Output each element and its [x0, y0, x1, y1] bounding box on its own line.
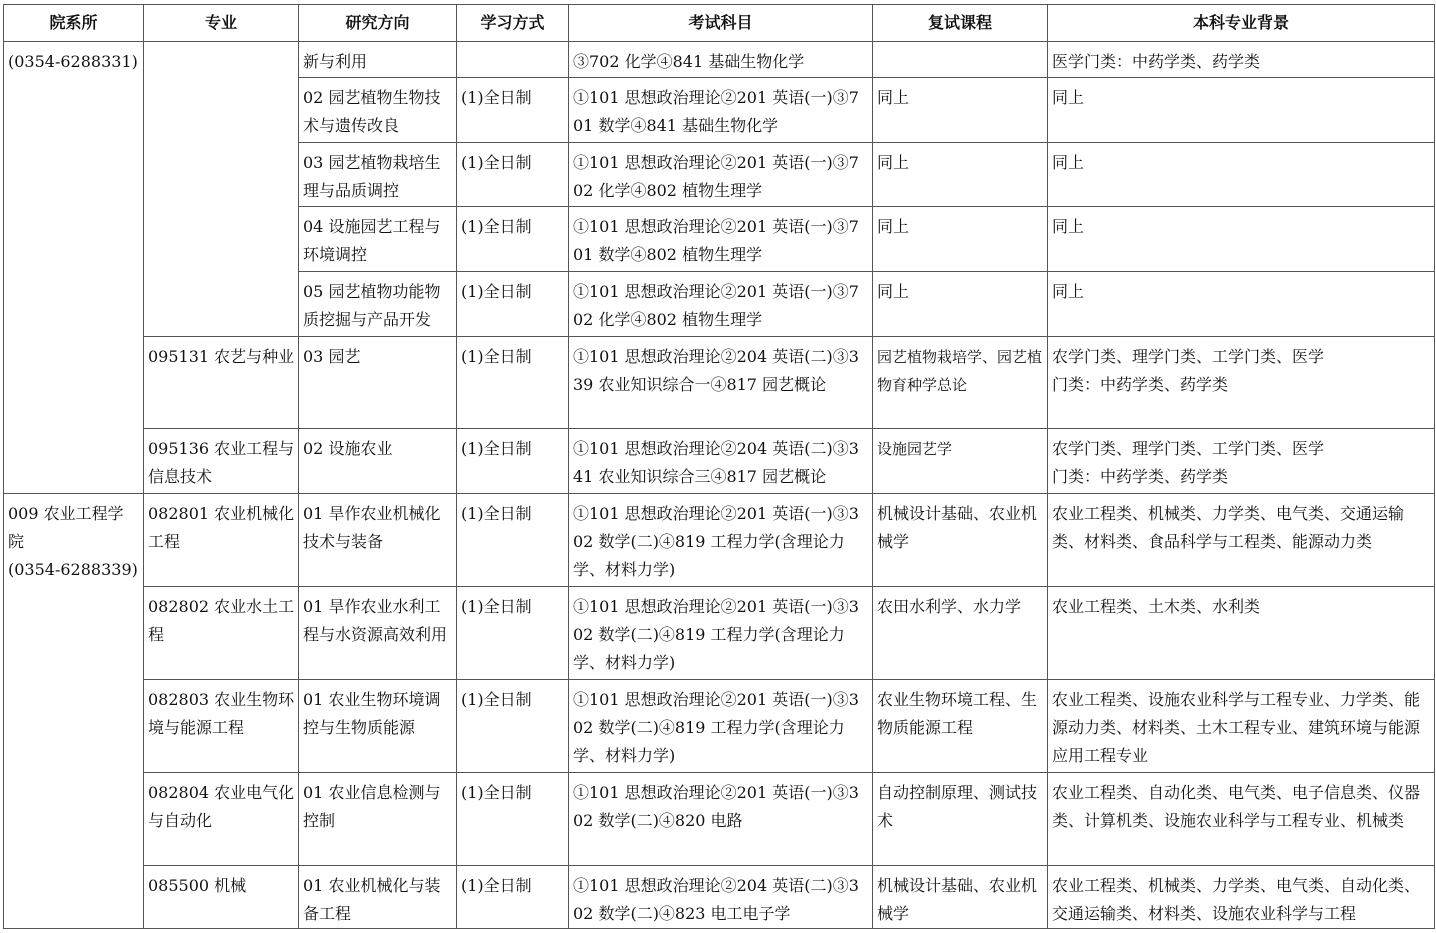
background-cell: 农业工程类、机械类、力学类、电气类、交通运输类、材料类、食品科学与工程类、能源动… — [1048, 494, 1435, 587]
header-undergrad-background: 本科专业背景 — [1048, 5, 1435, 42]
mode-cell: (1)全日制 — [457, 207, 569, 272]
admissions-table: 院系所 专业 研究方向 学习方式 考试科目 复试课程 本科专业背景 (0354-… — [3, 4, 1435, 929]
major-cell: 082802 农业水土工程 — [144, 587, 299, 680]
exam-cell: ①101 思想政治理论②201 英语(一)③701 数学④802 植物生理学 — [569, 207, 873, 272]
department-name-line1: 009 农业工程学 — [8, 500, 140, 528]
header-row: 院系所 专业 研究方向 学习方式 考试科目 复试课程 本科专业背景 — [4, 5, 1435, 42]
retest-cell: 设施园艺学 — [873, 429, 1048, 494]
retest-cell: 同上 — [873, 143, 1048, 207]
mode-cell: (1)全日制 — [457, 680, 569, 773]
direction-cell: 新与利用 — [299, 42, 457, 78]
background-cell: 农业工程类、机械类、力学类、电气类、自动化类、交通运输类、材料类、设施农业科学与… — [1048, 866, 1435, 929]
department-cell: 009 农业工程学 院 (0354-6288339) — [4, 494, 144, 929]
mode-cell: (1)全日制 — [457, 866, 569, 929]
table-row: 095131 农艺与种业 03 园艺 (1)全日制 ①101 思想政治理论②20… — [4, 337, 1435, 429]
direction-cell: 01 农业机械化与装备工程 — [299, 866, 457, 929]
background-cell: 同上 — [1048, 78, 1435, 143]
direction-cell: 05 园艺植物功能物质挖掘与产品开发 — [299, 272, 457, 337]
direction-cell: 03 园艺 — [299, 337, 457, 429]
background-cell: 农学门类、理学门类、工学门类、医学门类：中药学类、药学类 — [1048, 429, 1435, 494]
table-row: 082802 农业水土工程 01 旱作农业水利工程与水资源高效利用 (1)全日制… — [4, 587, 1435, 680]
mode-cell: (1)全日制 — [457, 494, 569, 587]
retest-cell: 机械设计基础、农业机械学 — [873, 494, 1048, 587]
major-cell — [144, 42, 299, 337]
background-cell: 农业工程类、土木类、水利类 — [1048, 587, 1435, 680]
retest-cell: 园艺植物栽培学、园艺植物育种学总论 — [873, 337, 1048, 429]
background-cell: 同上 — [1048, 272, 1435, 337]
table-row: (0354-6288331) 新与利用 ③702 化学④841 基础生物化学 医… — [4, 42, 1435, 78]
mode-cell: (1)全日制 — [457, 272, 569, 337]
mode-cell: (1)全日制 — [457, 429, 569, 494]
background-cell: 医学门类：中药学类、药学类 — [1048, 42, 1435, 78]
major-cell: 082803 农业生物环境与能源工程 — [144, 680, 299, 773]
retest-cell: 自动控制原理、测试技术 — [873, 773, 1048, 866]
background-cell: 同上 — [1048, 143, 1435, 207]
mode-cell: (1)全日制 — [457, 143, 569, 207]
table-row: 082803 农业生物环境与能源工程 01 农业生物环境调控与生物质能源 (1)… — [4, 680, 1435, 773]
mode-cell: (1)全日制 — [457, 78, 569, 143]
header-study-mode: 学习方式 — [457, 5, 569, 42]
major-cell: 085500 机械 — [144, 866, 299, 929]
header-research-direction: 研究方向 — [299, 5, 457, 42]
direction-cell: 01 农业生物环境调控与生物质能源 — [299, 680, 457, 773]
table-row: 009 农业工程学 院 (0354-6288339) 082801 农业机械化工… — [4, 494, 1435, 587]
retest-cell: 农田水利学、水力学 — [873, 587, 1048, 680]
exam-cell: ①101 思想政治理论②204 英语(二)③302 数学(二)④823 电工电子… — [569, 866, 873, 929]
mode-cell: (1)全日制 — [457, 773, 569, 866]
major-cell: 082804 农业电气化与自动化 — [144, 773, 299, 866]
mode-cell: (1)全日制 — [457, 587, 569, 680]
header-department: 院系所 — [4, 5, 144, 42]
background-cell: 同上 — [1048, 207, 1435, 272]
direction-cell: 01 旱作农业水利工程与水资源高效利用 — [299, 587, 457, 680]
exam-cell: ①101 思想政治理论②201 英语(一)③702 化学④802 植物生理学 — [569, 143, 873, 207]
exam-cell: ①101 思想政治理论②201 英语(一)③302 数学(二)④819 工程力学… — [569, 587, 873, 680]
exam-cell: ①101 思想政治理论②204 英语(二)③341 农业知识综合三④817 园艺… — [569, 429, 873, 494]
direction-cell: 01 旱作农业机械化技术与装备 — [299, 494, 457, 587]
table-row: 095136 农业工程与信息技术 02 设施农业 (1)全日制 ①101 思想政… — [4, 429, 1435, 494]
header-retest-courses: 复试课程 — [873, 5, 1048, 42]
major-cell: 095136 农业工程与信息技术 — [144, 429, 299, 494]
retest-cell: 同上 — [873, 272, 1048, 337]
department-cell: (0354-6288331) — [4, 42, 144, 494]
direction-cell: 03 园艺植物栽培生理与品质调控 — [299, 143, 457, 207]
exam-cell: ③702 化学④841 基础生物化学 — [569, 42, 873, 78]
retest-cell: 同上 — [873, 78, 1048, 143]
background-cell: 农学门类、理学门类、工学门类、医学门类：中药学类、药学类 — [1048, 337, 1435, 429]
header-major: 专业 — [144, 5, 299, 42]
exam-cell: ①101 思想政治理论②201 英语(一)③702 化学④802 植物生理学 — [569, 272, 873, 337]
mode-cell — [457, 42, 569, 78]
department-name-line2: 院 — [8, 528, 140, 556]
department-phone: (0354-6288339) — [8, 556, 140, 584]
exam-cell: ①101 思想政治理论②201 英语(一)③302 数学(二)④819 工程力学… — [569, 680, 873, 773]
table-row: 085500 机械 01 农业机械化与装备工程 (1)全日制 ①101 思想政治… — [4, 866, 1435, 929]
retest-cell: 农业生物环境工程、生物质能源工程 — [873, 680, 1048, 773]
exam-cell: ①101 思想政治理论②201 英语(一)③701 数学④841 基础生物化学 — [569, 78, 873, 143]
background-cell: 农业工程类、自动化类、电气类、电子信息类、仪器类、计算机类、设施农业科学与工程专… — [1048, 773, 1435, 866]
background-cell: 农业工程类、设施农业科学与工程专业、力学类、能源动力类、材料类、土木工程专业、建… — [1048, 680, 1435, 773]
exam-cell: ①101 思想政治理论②201 英语(一)③302 数学(二)④820 电路 — [569, 773, 873, 866]
retest-cell: 机械设计基础、农业机械学 — [873, 866, 1048, 929]
direction-cell: 04 设施园艺工程与环境调控 — [299, 207, 457, 272]
direction-cell: 01 农业信息检测与控制 — [299, 773, 457, 866]
table-row: 082804 农业电气化与自动化 01 农业信息检测与控制 (1)全日制 ①10… — [4, 773, 1435, 866]
mode-cell: (1)全日制 — [457, 337, 569, 429]
direction-cell: 02 园艺植物生物技术与遗传改良 — [299, 78, 457, 143]
major-cell: 082801 农业机械化工程 — [144, 494, 299, 587]
header-exam-subjects: 考试科目 — [569, 5, 873, 42]
retest-cell: 同上 — [873, 207, 1048, 272]
major-cell: 095131 农艺与种业 — [144, 337, 299, 429]
exam-cell: ①101 思想政治理论②204 英语(二)③339 农业知识综合一④817 园艺… — [569, 337, 873, 429]
exam-cell: ①101 思想政治理论②201 英语(一)③302 数学(二)④819 工程力学… — [569, 494, 873, 587]
direction-cell: 02 设施农业 — [299, 429, 457, 494]
retest-cell — [873, 42, 1048, 78]
